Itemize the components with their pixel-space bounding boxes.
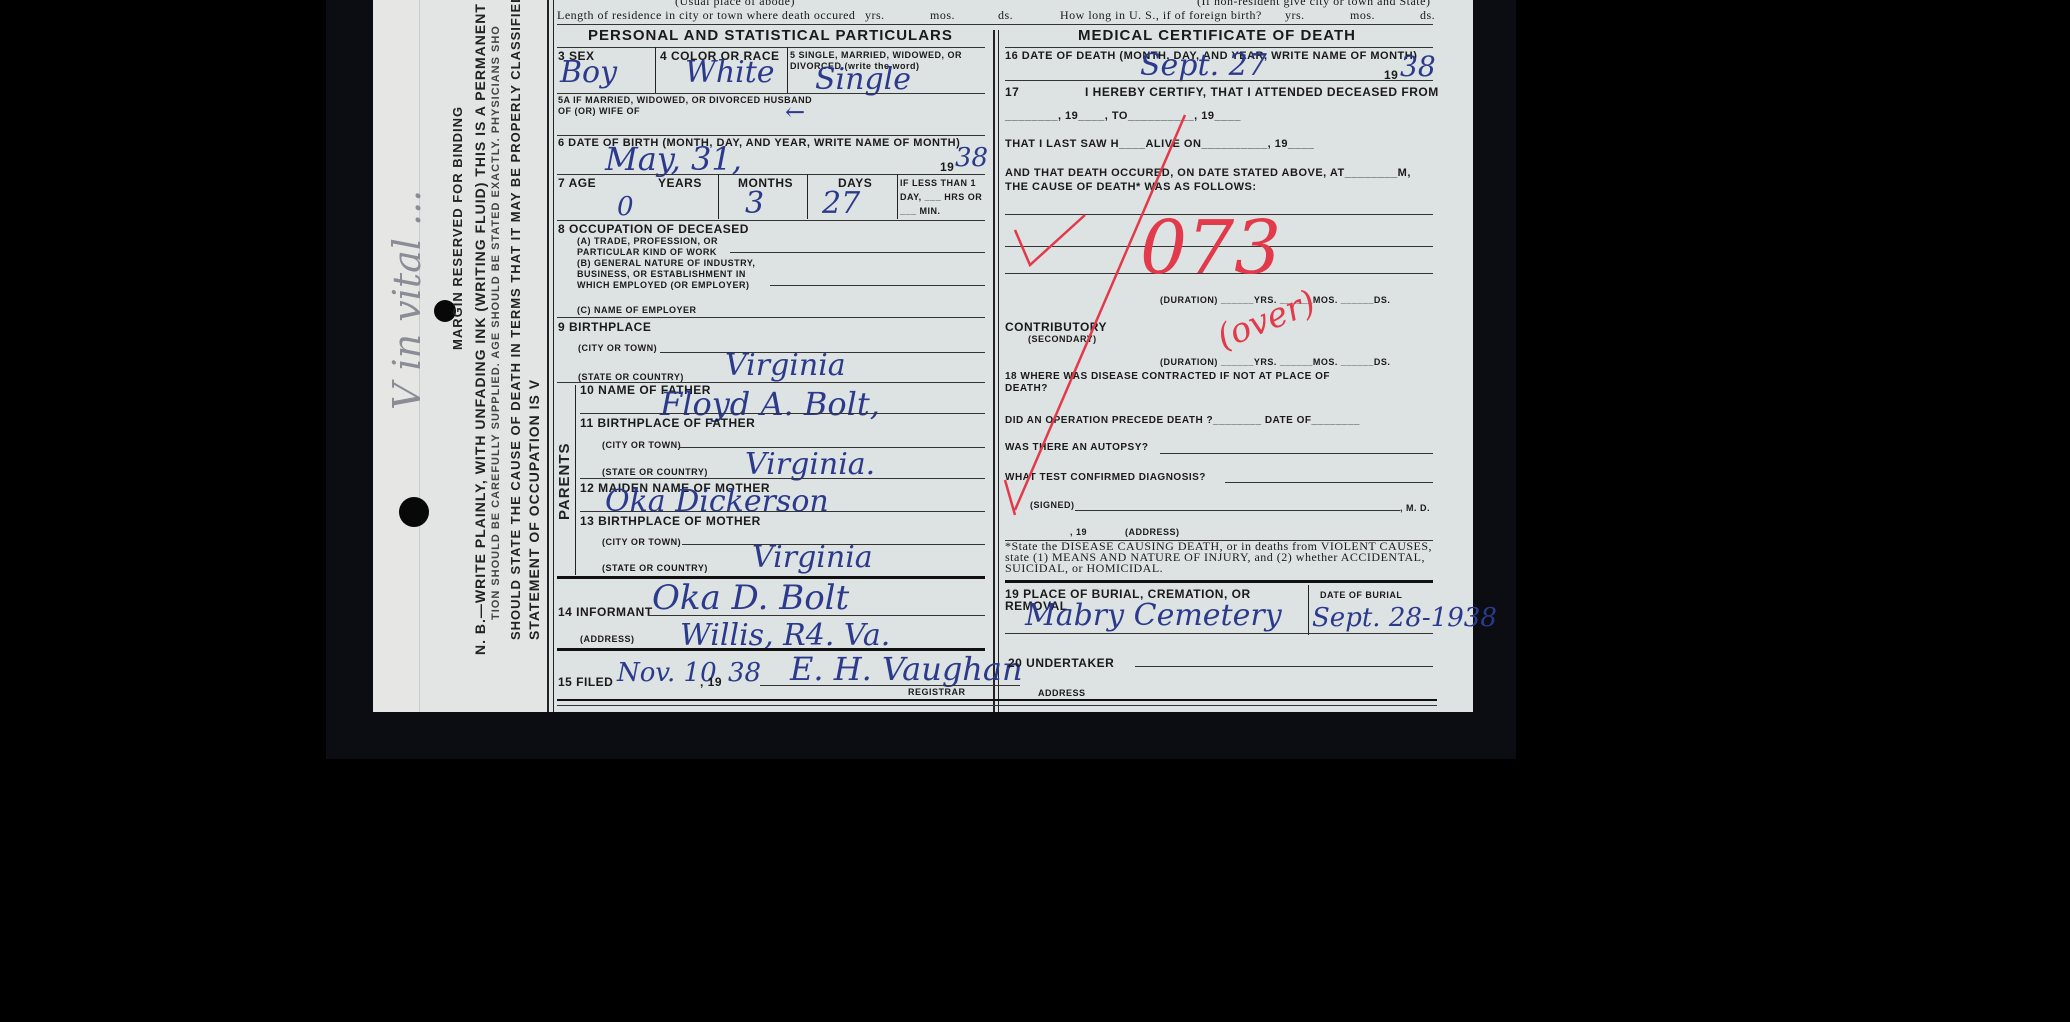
medical-heading: MEDICAL CERTIFICATE OF DEATH xyxy=(1078,27,1356,44)
margin-note-line1: N. B.—WRITE PLAINLY, WITH UNFADING INK (… xyxy=(472,0,488,655)
rule xyxy=(655,47,656,93)
length-of-residence-label: Length of residence in city or town wher… xyxy=(557,8,855,23)
rule xyxy=(1225,482,1433,483)
us-yrs-label: yrs. xyxy=(1285,8,1305,23)
informant-address-label: (ADDRESS) xyxy=(580,634,635,644)
informant-label: 14 INFORMANT xyxy=(558,605,653,619)
rule xyxy=(1135,666,1433,667)
md-label: , M. D. xyxy=(1400,503,1430,513)
physician-address-label: (ADDRESS) xyxy=(1125,527,1180,537)
rule xyxy=(1005,580,1433,583)
rule xyxy=(648,615,985,616)
birthplace-label: 9 BIRTHPLACE xyxy=(558,320,651,334)
red-check-mark xyxy=(995,110,1195,520)
mother-city-label: (CITY OR TOWN) xyxy=(602,537,681,547)
undertaker-address-label: ADDRESS xyxy=(1038,688,1086,698)
age-label: 7 AGE xyxy=(558,176,596,190)
certify-statement: I HEREBY CERTIFY, THAT I ATTENDED DECEAS… xyxy=(1085,85,1439,99)
rule xyxy=(557,93,985,94)
rule xyxy=(557,220,985,221)
rule xyxy=(718,174,719,219)
color-race-value: White xyxy=(685,55,775,90)
filed-year-prefix: , 19 xyxy=(700,675,722,689)
birthplace-city-label: (CITY OR TOWN) xyxy=(578,343,657,353)
residence-mos-label: mos. xyxy=(930,8,955,23)
personal-heading: PERSONAL AND STATISTICAL PARTICULARS xyxy=(588,27,953,44)
burial-date-value: Sept. 28-1938 xyxy=(1312,603,1497,633)
marital-status-value: Single xyxy=(815,62,911,97)
birth-year-value: 38 xyxy=(955,143,988,173)
frame-left-rule-inner xyxy=(553,0,554,712)
burial-place-value: Mabry Cemetery xyxy=(1025,598,1282,633)
margin-note-line2: TION SHOULD BE CAREFULLY SUPPLIED. AGE S… xyxy=(490,25,502,620)
cause-footnote: *State the DISEASE CAUSING DEATH, or in … xyxy=(1005,541,1437,574)
bottom-rule xyxy=(557,699,1437,701)
us-mos-label: mos. xyxy=(1350,8,1375,23)
pencil-note: V in vital ... xyxy=(385,190,429,410)
signed-year-label: , 19 xyxy=(1070,527,1087,537)
filed-year-value: 38 xyxy=(728,658,761,688)
margin-note-line4: STATEMENT OF OCCUPATION IS V xyxy=(526,379,542,640)
mother-state-value: Virginia xyxy=(752,540,873,575)
margin-note-line3: SHOULD STATE THE CAUSE OF DEATH IN TERMS… xyxy=(508,0,523,640)
informant-value: Oka D. Bolt xyxy=(652,578,849,618)
rule xyxy=(575,385,576,575)
punch-hole-bottom xyxy=(399,497,429,527)
occupation-industry-label: (B) GENERAL NATURE OF INDUSTRY, BUSINESS… xyxy=(577,258,767,291)
age-years-label: YEARS xyxy=(658,176,702,190)
rule xyxy=(760,685,1020,686)
age-months-value: 3 xyxy=(745,186,764,221)
rule xyxy=(557,47,985,48)
rule xyxy=(1005,80,1433,81)
parents-label: PARENTS xyxy=(556,442,573,520)
registrar-signature: E. H. Vaughan xyxy=(790,650,1023,688)
mother-state-label: (STATE OR COUNTRY) xyxy=(602,563,708,573)
top-rule xyxy=(557,24,1433,25)
age-years-value: 0 xyxy=(617,192,634,222)
birth-year-prefix: 19 xyxy=(940,160,954,174)
rule xyxy=(557,135,985,136)
registrar-label: REGISTRAR xyxy=(908,687,966,697)
bottom-rule-2 xyxy=(557,705,1437,706)
death-year-value: 38 xyxy=(1400,50,1436,83)
rule xyxy=(557,317,985,318)
rule xyxy=(580,413,985,414)
undertaker-label: 20 UNDERTAKER xyxy=(1008,656,1114,670)
rule xyxy=(897,174,898,219)
rule xyxy=(1160,453,1433,454)
us-ds-label: ds. xyxy=(1420,8,1435,23)
red-classification-code: 073 xyxy=(1140,205,1281,291)
age-less-than-day: IF LESS THAN 1 DAY, ___ HRS OR ___ MIN. xyxy=(900,176,985,218)
rule xyxy=(1308,585,1309,635)
rule xyxy=(557,174,985,175)
rule xyxy=(1005,633,1433,634)
rule xyxy=(770,285,985,286)
residence-ds-label: ds. xyxy=(998,8,1013,23)
rule xyxy=(580,478,985,479)
date-of-death-value: Sept. 27 xyxy=(1140,48,1267,83)
occupation-trade-label: (A) TRADE, PROFESSION, OR PARTICULAR KIN… xyxy=(577,236,767,258)
spouse-value: ← xyxy=(785,98,805,126)
burial-date-label: DATE OF BURIAL xyxy=(1320,590,1402,600)
father-city-label: (CITY OR TOWN) xyxy=(602,440,681,450)
birthplace-state-label: (STATE OR COUNTRY) xyxy=(578,372,684,382)
filed-label: 15 FILED xyxy=(558,675,613,689)
rule xyxy=(787,47,788,93)
mother-birthplace-label: 13 BIRTHPLACE OF MOTHER xyxy=(580,514,761,528)
residence-yrs-label: yrs. xyxy=(865,8,885,23)
occupation-label: 8 OCCUPATION OF DECEASED xyxy=(558,222,749,236)
how-long-us-label: How long in U. S., if of foreign birth? xyxy=(1060,8,1262,23)
rule xyxy=(580,511,985,512)
margin-binding-text: MARGIN RESERVED FOR BINDING xyxy=(450,106,465,350)
spouse-label: 5A IF MARRIED, WIDOWED, OR DIVORCED HUSB… xyxy=(558,95,818,117)
birthplace-state-value: Virginia xyxy=(725,348,846,383)
date-of-birth-value: May, 31, xyxy=(605,140,742,178)
father-state-label: (STATE OR COUNTRY) xyxy=(602,467,708,477)
age-days-value: 27 xyxy=(822,186,860,221)
certify-field-number: 17 xyxy=(1005,85,1019,99)
employer-name-label: (C) NAME OF EMPLOYER xyxy=(577,305,697,315)
father-birthplace-label: 11 BIRTHPLACE OF FATHER xyxy=(580,416,755,430)
rule xyxy=(730,252,985,253)
father-state-value: Virginia. xyxy=(745,447,875,482)
rule xyxy=(807,174,808,219)
sex-value: Boy xyxy=(560,55,617,90)
frame-left-rule xyxy=(547,0,549,712)
